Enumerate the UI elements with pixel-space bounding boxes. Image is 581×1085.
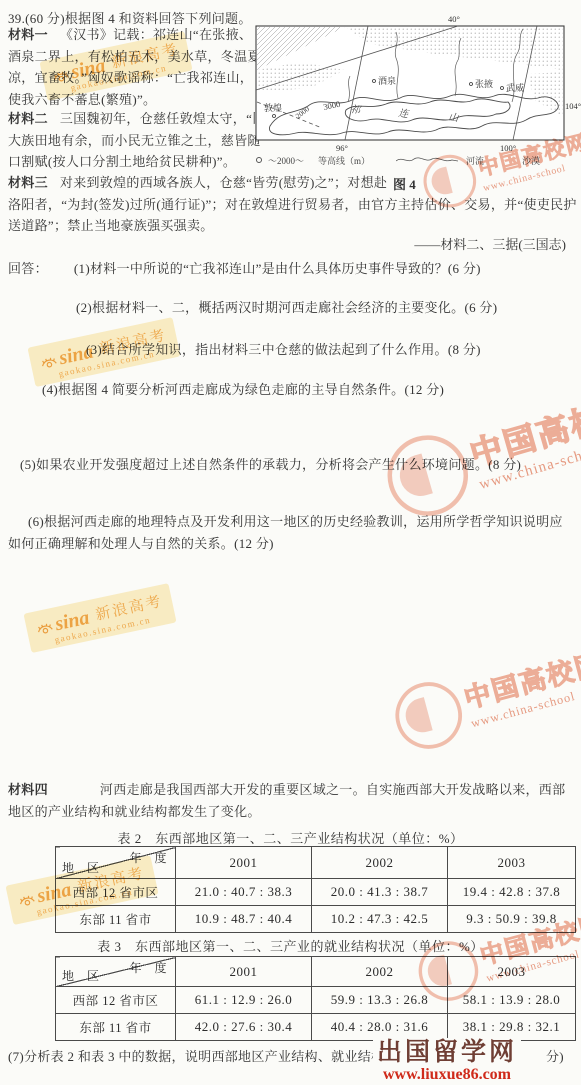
table-2-year-col-3: 2003	[448, 847, 576, 879]
city-label-jiuquan: 酒泉	[378, 75, 396, 86]
liuxue-watermark: 出国留学网 www.liuxue86.com	[373, 1038, 521, 1084]
lon-label-96: 96°	[336, 143, 348, 153]
sina-watermark-2: sina 新浪高考 gaokao.sina.com.cn	[27, 317, 181, 387]
material-3-label: 材料三	[8, 175, 48, 190]
table-cell: 38.1 : 29.8 : 32.1	[448, 1014, 576, 1041]
question-2: (2)根据材料一、二，概括两汉时期河西走廊社会经济的主要变化。(6 分)	[76, 297, 576, 319]
legend-contour-sample: ～2000～	[268, 154, 304, 167]
city-label-zhangye: 张掖	[475, 78, 493, 89]
question-6: (6)根据河西走廊的地理特点及开发利用这一地区的历史经验教训，运用所学哲学知识说…	[8, 511, 574, 555]
scanned-exam-page: { "doc": { "question_line": "39.(60 分)根据…	[0, 0, 581, 1085]
material-4: 材料四河西走廊是我国西部大开发的重要区域之一。自实施西部大开发战略以来，西部地区…	[8, 779, 576, 822]
table-3-west-label: 西部 12 省市区	[56, 987, 176, 1014]
material-4-label: 材料四	[8, 782, 48, 797]
material-4-text: 河西走廊是我国西部大开发的重要区域之一。自实施西部大开发战略以来，西部地区的产业…	[8, 782, 565, 819]
question-7-tail: 分)	[546, 1046, 564, 1068]
material-2-label: 材料二	[8, 111, 48, 126]
material-1-label: 材料一	[8, 27, 48, 42]
table-cell: 42.0 : 27.6 : 30.4	[176, 1014, 312, 1041]
table-3-row-east: 东部 11 省市 42.0 : 27.6 : 30.4 40.4 : 28.0 …	[56, 1014, 576, 1041]
table-cell: 21.0 : 40.7 : 38.3	[176, 879, 312, 906]
question-4: (4)根据图 4 简要分析河西走廊成为绿色走廊的主导自然条件。(12 分)	[42, 379, 572, 401]
china-school-logo	[388, 675, 469, 756]
table-3-year-col-1: 2001	[176, 957, 312, 987]
question-1: (1)材料一中所说的“亡我祁连山”是由什么具体历史事件导致的？(6 分)	[74, 258, 481, 280]
city-label-dunhuang: 敦煌	[264, 102, 282, 113]
answer-prompt: 回答：	[8, 258, 48, 280]
table-2-year-col-1: 2001	[176, 847, 312, 879]
corner-label-year: 年 度	[129, 959, 167, 976]
table-3-row-west: 西部 12 省市区 61.1 : 12.9 : 26.0 59.9 : 13.3…	[56, 987, 576, 1014]
city-label-wuwei: 武威	[506, 82, 524, 93]
table-cell: 61.1 : 12.9 : 26.0	[176, 987, 312, 1014]
legend-city-symbol	[256, 157, 262, 163]
table-cell: 10.2 : 47.3 : 42.5	[312, 906, 448, 933]
material-source-note: ——材料二、三据(三国志)	[0, 234, 566, 253]
lat-label-40: 40°	[448, 14, 460, 24]
table-cell: 20.0 : 41.3 : 38.7	[312, 879, 448, 906]
legend-contour-label: 等高线（m）	[318, 154, 370, 167]
table-2-year-col-2: 2002	[312, 847, 448, 879]
table-2-title: 表 2 东西部地区第一、二、三产业结构状况（单位：%）	[0, 828, 581, 847]
liuxue-name: 出国留学网	[377, 1039, 517, 1066]
table-3-east-label: 东部 11 省市	[56, 1014, 176, 1041]
table-3-corner-cell: 年 度 地 区	[56, 957, 176, 987]
corner-label-region: 地 区	[62, 967, 100, 984]
china-school-watermark-3: 中国高校网 www.china-school	[388, 636, 581, 756]
liuxue-url: www.liuxue86.com	[377, 1066, 517, 1083]
lon-label-104: 104°	[565, 101, 581, 111]
china-school-text: 中国高校网 www.china-school	[459, 643, 581, 731]
table-cell: 19.4 : 42.8 : 37.8	[448, 879, 576, 906]
sina-watermark-3: sina 新浪高考 gaokao.sina.com.cn	[23, 583, 177, 653]
material-2: 材料二三国魏初年，仓慈任敦煌太守，“旧大族田地有余，而小民无立锥之土，慈皆随口割…	[8, 108, 270, 173]
table-cell: 10.9 : 48.7 : 40.4	[176, 906, 312, 933]
table-cell: 40.4 : 28.0 : 31.6	[312, 1014, 448, 1041]
answer-row-1: 回答： (1)材料一中所说的“亡我祁连山”是由什么具体历史事件导致的？(6 分)	[8, 258, 576, 280]
